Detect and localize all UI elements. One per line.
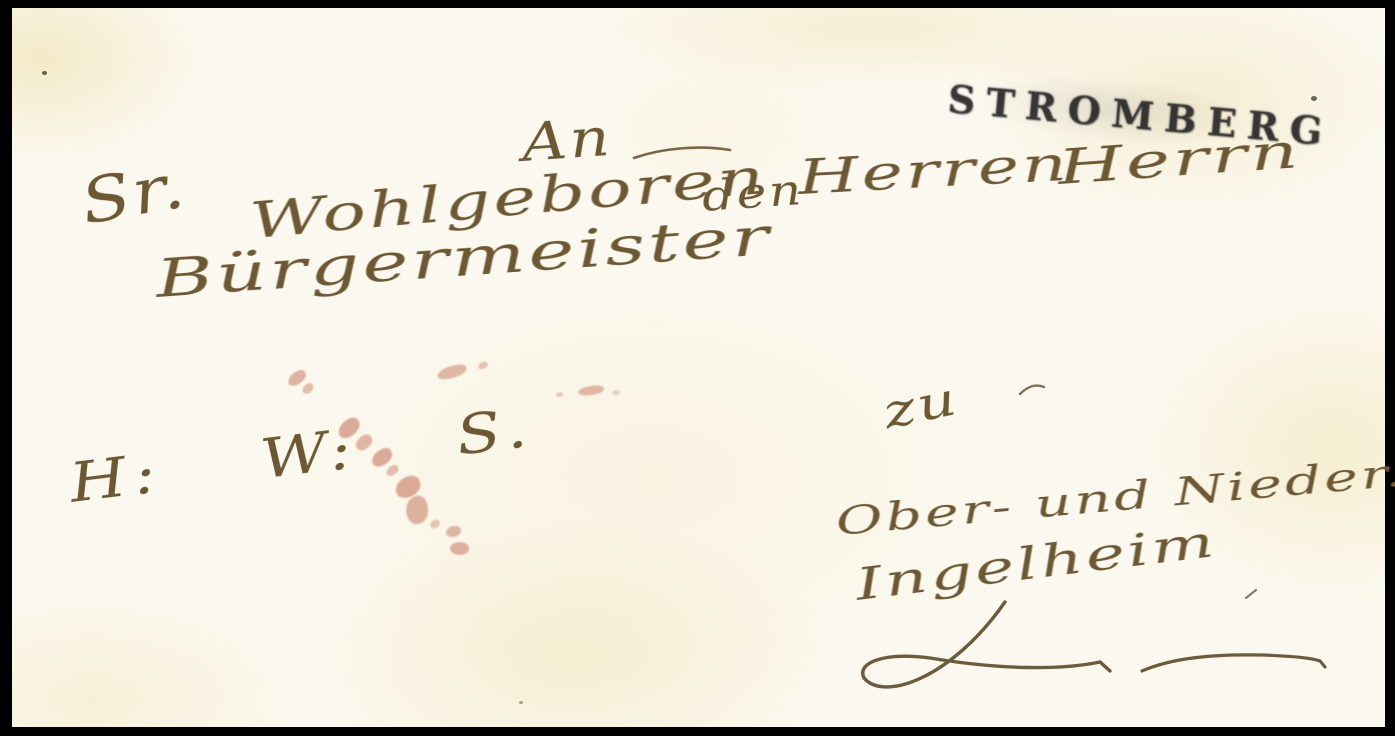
ink-speck: [519, 701, 523, 704]
ink-speck: [42, 71, 47, 75]
ink-speck: [1311, 96, 1317, 101]
